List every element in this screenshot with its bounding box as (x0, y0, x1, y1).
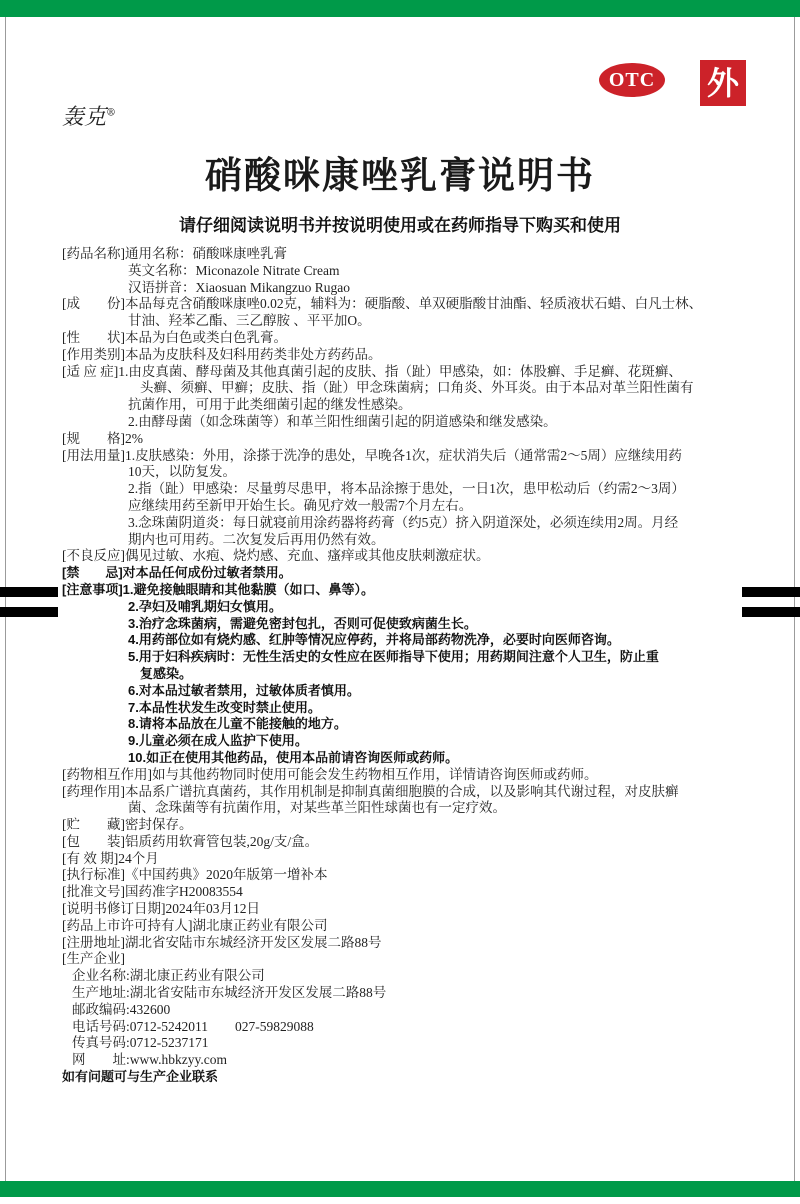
top-green-bar (0, 0, 800, 17)
external-use-badge: 外 (700, 60, 746, 106)
brand-logo: 轰克® (62, 100, 116, 131)
print-registration-mark (0, 607, 58, 617)
body-line: 网 址:www.hbkzyy.com (62, 1052, 762, 1069)
body-line: 3.治疗念珠菌病，需避免密封包扎，否则可促使致病菌生长。 (62, 616, 762, 633)
print-registration-mark (0, 587, 58, 597)
contact-note-line: 如有问题可与生产企业联系 (62, 1069, 762, 1086)
body-line: [包 装]铝质药用软膏管包装,20g/支/盒。 (62, 834, 762, 851)
body-line: 英文名称：Miconazole Nitrate Cream (62, 263, 762, 280)
body-line: 2.孕妇及哺乳期妇女慎用。 (62, 599, 762, 616)
body-line: 7.本品性状发生改变时禁止使用。 (62, 700, 762, 717)
body-line: 10天，以防复发。 (62, 464, 762, 481)
body-line: [药物相互作用]如与其他药物同时使用可能会发生药物相互作用，详情请咨询医师或药师… (62, 767, 762, 784)
body-line: [有 效 期]24个月 (62, 851, 762, 868)
body-line: 应继续用药至新甲开始生长。确见疗效一般需7个月左右。 (62, 498, 762, 515)
body-line: 头癣、须癣、甲癣；皮肤、指（趾）甲念珠菌病；口角炎、外耳炎。由于本品对革兰阳性菌… (62, 380, 762, 397)
body-line: [生产企业] (62, 951, 762, 968)
body-line: 传真号码:0712-5237171 (62, 1035, 762, 1052)
body-line: [执行标准]《中国药典》2020年版第一增补本 (62, 867, 762, 884)
body-line: [用法用量]1.皮肤感染：外用，涂搽于洗净的患处，早晚各1次，症状消失后（通常需… (62, 448, 762, 465)
body-line: [注册地址]湖北省安陆市东城经济开发区发展二路88号 (62, 935, 762, 952)
body-line: 电话号码:0712-5242011 027-59829088 (62, 1019, 762, 1036)
page-title: 硝酸咪康唑乳膏说明书 (0, 145, 800, 199)
body-line: [药品名称]通用名称：硝酸咪康唑乳膏 (62, 246, 762, 263)
body-line: [说明书修订日期]2024年03月12日 (62, 901, 762, 918)
body-line: [批准文号]国药准字H20083554 (62, 884, 762, 901)
body-line: [不良反应]偶见过敏、水疱、烧灼感、充血、瘙痒或其他皮肤刺激症状。 (62, 548, 762, 565)
body-line: [药品上市许可持有人]湖北康正药业有限公司 (62, 918, 762, 935)
body-line: 10.如正在使用其他药品，使用本品前请咨询医师或药师。 (62, 750, 762, 767)
body-line: [禁 忌]对本品任何成份过敏者禁用。 (62, 565, 762, 582)
drug-leaflet-page: 轰克® OTC 外 硝酸咪康唑乳膏说明书 请仔细阅读说明书并按说明使用或在药师指… (0, 0, 800, 1204)
otc-badge: OTC (599, 63, 665, 97)
brand-name: 轰克 (62, 105, 106, 130)
bottom-green-bar (0, 1181, 800, 1197)
body-line: [贮 藏]密封保存。 (62, 817, 762, 834)
body-line: 抗菌作用，可用于此类细菌引起的继发性感染。 (62, 397, 762, 414)
page-subtitle: 请仔细阅读说明书并按说明使用或在药师指导下购买和使用 (0, 211, 800, 236)
registered-trademark-icon: ® (106, 108, 116, 119)
body-line: 4.用药部位如有烧灼感、红肿等情况应停药，并将局部药物洗净，必要时向医师咨询。 (62, 632, 762, 649)
body-line: [适 应 症]1.由皮真菌、酵母菌及其他真菌引起的皮肤、指（趾）甲感染，如：体股… (62, 364, 762, 381)
body-line: [药理作用]本品系广谱抗真菌药，其作用机制是抑制真菌细胞膜的合成，以及影响其代谢… (62, 784, 762, 801)
body-line: [注意事项]1.避免接触眼睛和其他黏膜（如口、鼻等）。 (62, 582, 762, 599)
body-line: 邮政编码:432600 (62, 1002, 762, 1019)
body-line: 期内也可用药。二次复发后再用仍然有效。 (62, 532, 762, 549)
body-line: 复感染。 (62, 666, 762, 683)
body-line: 5.用于妇科疾病时：无性生活史的女性应在医师指导下使用；用药期间注意个人卫生，防… (62, 649, 762, 666)
body-line: 3.念珠菌阴道炎：每日就寝前用涂药器将药膏（约5克）挤入阴道深处，必须连续用2周… (62, 515, 762, 532)
body-line: 汉语拼音：Xiaosuan Mikangzuo Rugao (62, 280, 762, 297)
body-line: [作用类别]本品为皮肤科及妇科用药类非处方药药品。 (62, 347, 762, 364)
body-line: [性 状]本品为白色或类白色乳膏。 (62, 330, 762, 347)
leaflet-body: [药品名称]通用名称：硝酸咪康唑乳膏 英文名称：Miconazole Nitra… (62, 246, 762, 1086)
body-line: 甘油、羟苯乙酯、三乙醇胺 、平平加O。 (62, 313, 762, 330)
body-line: 企业名称:湖北康正药业有限公司 (62, 968, 762, 985)
body-line: 8.请将本品放在儿童不能接触的地方。 (62, 716, 762, 733)
body-line: 菌、念珠菌等有抗菌作用，对某些革兰阳性球菌也有一定疗效。 (62, 800, 762, 817)
body-line: 9.儿童必须在成人监护下使用。 (62, 733, 762, 750)
body-line: [规 格]2% (62, 431, 762, 448)
body-line: 6.对本品过敏者禁用，过敏体质者慎用。 (62, 683, 762, 700)
body-line: 生产地址:湖北省安陆市东城经济开发区发展二路88号 (62, 985, 762, 1002)
body-line: [成 份]本品每克含硝酸咪康唑0.02克，辅料为：硬脂酸、单双硬脂酸甘油酯、轻质… (62, 296, 762, 313)
body-line: 2.由酵母菌（如念珠菌等）和革兰阳性细菌引起的阴道感染和继发感染。 (62, 414, 762, 431)
body-line: 2.指（趾）甲感染：尽量剪尽患甲，将本品涂擦于患处，一日1次，患甲松动后（约需2… (62, 481, 762, 498)
